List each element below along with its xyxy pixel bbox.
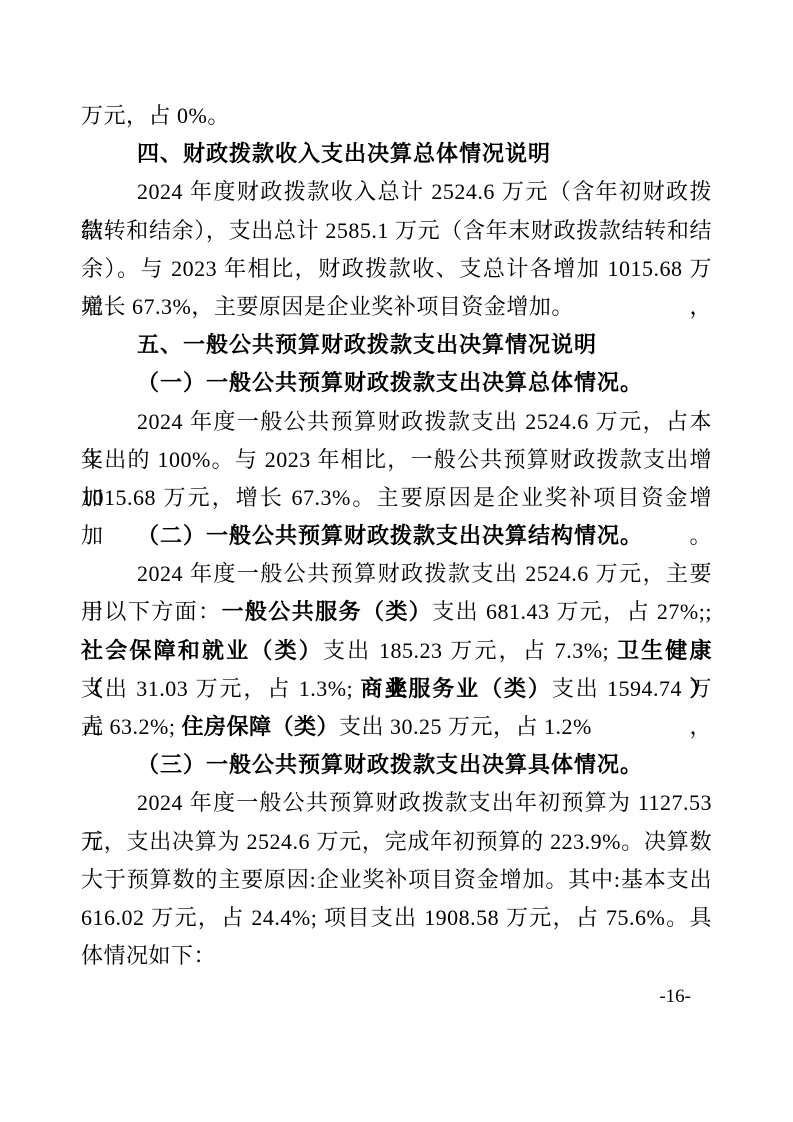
text-line: 2024 年度一般公共预算财政拨款支出 2524.6 万元，主要用 — [81, 555, 712, 593]
bold-text-segment: 一般公共服务（类） — [221, 599, 432, 624]
bold-text-segment: （一）一般公共预算财政拨款支出决算总体情况。 — [137, 370, 643, 395]
text-line: 体情况如下： — [81, 937, 712, 975]
bold-text-segment: （三）一般公共预算财政拨款支出决算具体情况。 — [137, 752, 643, 777]
bold-text-segment: 住房保障（类） — [181, 714, 339, 739]
text-line: 万元，占 0%。 — [81, 97, 712, 135]
text-line: 支出 31.03 万元，占 1.3%; 商业服务业（类）支出 1594.74 万… — [81, 670, 712, 708]
text-segment: 元，支出决算为 2524.6 万元，完成年初预算的 223.9%。决算数 — [81, 829, 712, 854]
heading-line: （一）一般公共预算财政拨款支出决算总体情况。 — [81, 364, 712, 402]
bold-text-segment: 社会保障和就业（类） — [81, 638, 323, 663]
text-segment: 于以下方面： — [81, 599, 221, 624]
bold-text-segment: 商业服务业（类） — [361, 676, 552, 701]
text-line: 支出的 100%。与 2023 年相比，一般公共预算财政拨款支出增加 — [81, 441, 712, 479]
text-segment: 体情况如下： — [81, 943, 216, 968]
text-segment: 大于预算数的主要原因:企业奖补项目资金增加。其中:基本支出 — [81, 867, 712, 892]
text-line: 元，支出决算为 2524.6 万元，完成年初预算的 223.9%。决算数 — [81, 823, 712, 861]
text-line: 余）。与 2023 年相比，财政拨款收、支总计各增加 1015.68 万元， — [81, 250, 712, 288]
text-segment: 支出 185.23 万元，占 7.3%; — [323, 638, 617, 663]
text-line: 2024 年度一般公共预算财政拨款支出 2524.6 万元，占本年 — [81, 403, 712, 441]
text-line: 2024 年度一般公共预算财政拨款支出年初预算为 1127.53 万 — [81, 784, 712, 822]
text-segment: 结转和结余），支出总计 2585.1 万元（含年末财政拨款结转和结 — [81, 218, 712, 243]
bold-text-segment: 四、财政拨款收入支出决算总体情况说明 — [137, 141, 551, 166]
text-line: 社会保障和就业（类）支出 185.23 万元，占 7.3%; 卫生健康（类） — [81, 632, 712, 670]
text-segment: 支出 681.43 万元，占 27%;; — [432, 599, 712, 624]
text-line: 大于预算数的主要原因:企业奖补项目资金增加。其中:基本支出 — [81, 861, 712, 899]
bold-text-segment: （二）一般公共预算财政拨款支出决算结构情况。 — [137, 523, 643, 548]
text-line: 1015.68 万元，增长 67.3%。主要原因是企业奖补项目资金增加。 — [81, 479, 712, 517]
heading-line: （三）一般公共预算财政拨款支出决算具体情况。 — [81, 746, 712, 784]
text-segment: 支出 30.25 万元，占 1.2% — [339, 714, 592, 739]
heading-line: （二）一般公共预算财政拨款支出决算结构情况。 — [81, 517, 712, 555]
bold-text-segment: 五、一般公共预算财政拨款支出决算情况说明 — [137, 332, 597, 357]
document-page: 万元，占 0%。四、财政拨款收入支出决算总体情况说明2024 年度财政拨款收入总… — [0, 0, 793, 1122]
heading-line: 五、一般公共预算财政拨款支出决算情况说明 — [81, 326, 712, 364]
text-line: 2024 年度财政拨款收入总计 2524.6 万元（含年初财政拨款 — [81, 173, 712, 211]
page-number: -16- — [659, 986, 691, 1008]
heading-line: 四、财政拨款收入支出决算总体情况说明 — [81, 135, 712, 173]
text-segment: 增长 67.3%，主要原因是企业奖补项目资金增加。 — [81, 294, 574, 319]
text-segment: 616.02 万元，占 24.4%; 项目支出 1908.58 万元，占 75.… — [81, 905, 712, 930]
text-segment: 支出 31.03 万元，占 1.3%; — [81, 676, 361, 701]
text-segment: 占 63.2%; — [81, 714, 181, 739]
document-body: 万元，占 0%。四、财政拨款收入支出决算总体情况说明2024 年度财政拨款收入总… — [81, 97, 712, 975]
text-segment: 万元，占 0%。 — [81, 103, 230, 128]
text-line: 于以下方面：一般公共服务（类）支出 681.43 万元，占 27%;; — [81, 593, 712, 631]
text-line: 结转和结余），支出总计 2585.1 万元（含年末财政拨款结转和结 — [81, 212, 712, 250]
text-line: 616.02 万元，占 24.4%; 项目支出 1908.58 万元，占 75.… — [81, 899, 712, 937]
